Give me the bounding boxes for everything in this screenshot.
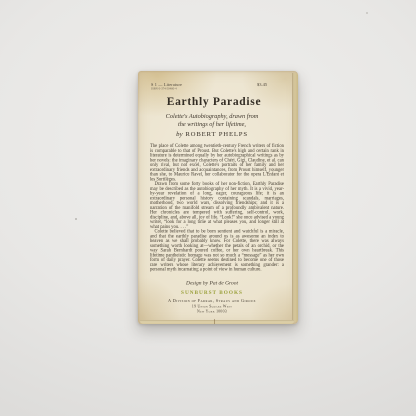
price-label: $3.45 — [257, 82, 267, 87]
dust-speck — [366, 12, 368, 14]
publisher-division: A Division of Farrar, Straus and Giroux — [138, 298, 286, 303]
publisher-name: SUNBURST BOOKS — [138, 290, 286, 296]
photo-backdrop: S 1 — Literature ISBN 0-374-50460-4 $3.4… — [0, 0, 416, 416]
book-page-edges-right — [292, 73, 298, 322]
book-page-edges-bottom — [140, 320, 294, 324]
isbn-small-print: ISBN 0-374-50460-4 — [151, 88, 182, 91]
byline-prefix: by — [176, 130, 183, 138]
series-label: S 1 — Literature — [151, 82, 182, 87]
book-subtitle: Colette's Autobiography, drawn from the … — [138, 112, 286, 128]
design-credit: Design by Pat de Groot — [138, 280, 286, 286]
subtitle-line-2: the writings of her lifetime, — [138, 120, 286, 128]
byline: by ROBERT PHELPS — [138, 130, 286, 138]
blurb-paragraph: Colette believed that to be born sentien… — [150, 230, 284, 273]
book-title: Earthly Paradise — [138, 96, 290, 108]
dust-speck — [75, 218, 77, 220]
blurb-paragraph: The place of Colette among twentieth-cen… — [150, 144, 284, 182]
author-name: ROBERT PHELPS — [185, 130, 248, 138]
series-label-block: S 1 — Literature ISBN 0-374-50460-4 — [151, 82, 182, 91]
publisher-address-line-1: 19 Union Square West — [138, 304, 286, 309]
blurb-text: The place of Colette among twentieth-cen… — [150, 144, 284, 272]
page-edge-crease — [214, 319, 215, 324]
book-back-cover: S 1 — Literature ISBN 0-374-50460-4 $3.4… — [138, 71, 298, 324]
publisher-address-line-2: New York 10003 — [138, 309, 286, 314]
blurb-paragraph: Drawn from some forty books of her non-f… — [150, 182, 284, 230]
subtitle-line-1: Colette's Autobiography, drawn from — [138, 112, 286, 120]
